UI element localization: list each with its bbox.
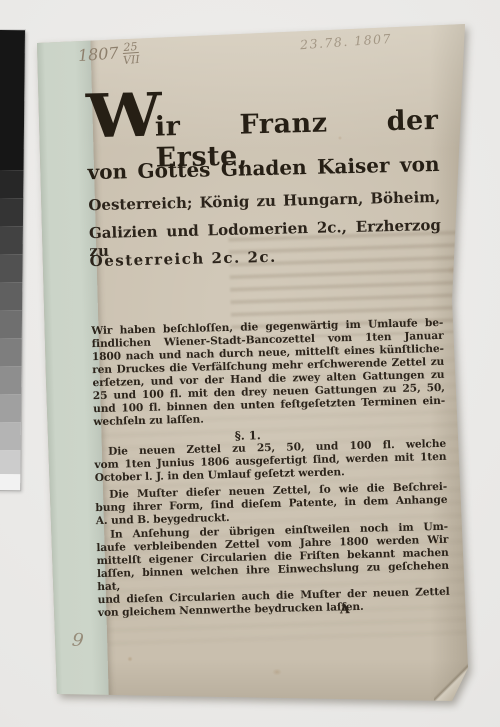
calibration-step <box>0 170 24 198</box>
document-paper: 1807 25 VII 23.78. 1807 9 W ir Franz der… <box>34 20 476 714</box>
calibration-step <box>0 30 25 170</box>
paragraph-3: Die Muſter dieſer neuen Zettel, ſo wie d… <box>95 481 448 528</box>
calibration-step <box>0 422 21 450</box>
paragraph-4: In Anſehung der übrigen einſtweilen noch… <box>96 521 450 620</box>
grayscale-calibration-strip <box>0 30 25 490</box>
title-line-3: Oesterreich; König zu Hungarn, Böheim, <box>88 188 440 214</box>
paragraph-2: Die neuen Zettel zu 25, 50, und 100 fl. … <box>94 438 447 485</box>
calibration-step <box>0 450 21 474</box>
printed-text-block: W ir Franz der Erste, von Gottes Gnaden … <box>84 28 451 688</box>
handwritten-mark: 9 <box>71 629 85 651</box>
calibration-step <box>0 474 20 490</box>
calibration-step <box>0 226 23 254</box>
document-paper-wrap: 1807 25 VII 23.78. 1807 9 W ir Franz der… <box>34 20 476 714</box>
catchword: A <box>340 601 350 616</box>
calibration-step <box>0 310 22 338</box>
calibration-step <box>0 282 22 310</box>
calibration-step <box>0 198 23 226</box>
calibration-step <box>0 254 23 282</box>
calibration-step <box>0 366 21 394</box>
calibration-step <box>0 394 21 422</box>
photograph-stage: 1807 25 VII 23.78. 1807 9 W ir Franz der… <box>0 0 500 727</box>
paragraph-1: Wir haben beſchloſſen, die gegenwärtig i… <box>91 317 445 429</box>
ornate-initial-W: W <box>86 90 162 143</box>
calibration-step <box>0 338 22 366</box>
